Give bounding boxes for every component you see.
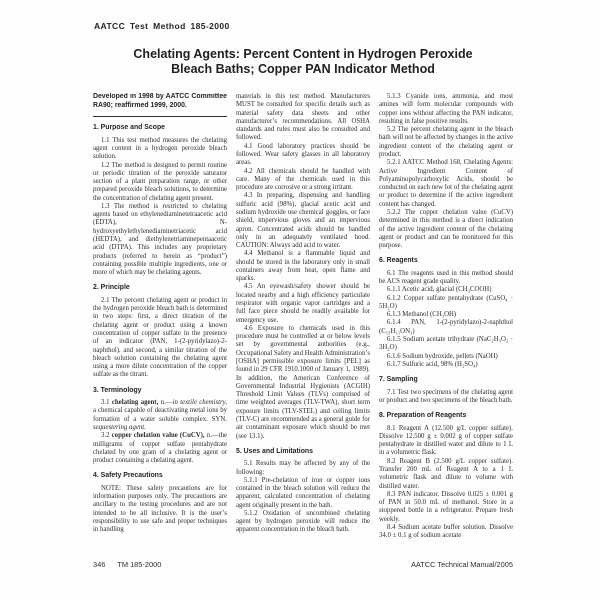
document-page: AATCC Test Method 185-2000 Chelating Age… <box>0 0 600 600</box>
paragraph: 1.3 The method is restricted to chelatin… <box>93 203 227 278</box>
paragraph: 6.1 The reagents used in this method sho… <box>379 270 513 287</box>
paragraph: 5.1 Results may be affected by any of th… <box>236 460 370 477</box>
paragraph: 3.1 chelating agent, n.—in textile chemi… <box>93 399 227 432</box>
footer-left: 346 TM 185-2000 <box>93 560 161 569</box>
section-heading: 3. Terminology <box>93 387 227 395</box>
paragraph: 4.2 All chemicals should be handled with… <box>236 168 370 193</box>
paragraph: 5.1.3 Cyanide ions, ammonia, and most am… <box>379 93 513 126</box>
paragraph: 5.1.2 Oxidation of uncombined chelating … <box>236 510 370 535</box>
paragraph: 6.1.2 Copper sulfate pentahydrate (CuSO₄… <box>379 295 513 312</box>
paragraph: 2.1 The percent chelating agent or produ… <box>93 297 227 380</box>
paragraph: 4.6 Exposure to chemicals used in this p… <box>236 325 370 441</box>
paragraph: 4.3 In preparing, dispensing and handlin… <box>236 192 370 250</box>
paragraph: 4.5 An eyewash/safety shower should be l… <box>236 283 370 324</box>
paragraph: 6.1.6 Sodium hydroxide, pellets (NaOH) <box>379 353 513 361</box>
paragraph: 3.2 copper chelation value (CuCV), n.—th… <box>93 432 227 465</box>
section-heading: 5. Uses and Limitations <box>236 448 370 456</box>
column-right: 5.1.3 Cyanide ions, ammonia, and most am… <box>379 93 513 559</box>
paragraph: 8.4 Sodium acetate buffer solution. Diss… <box>379 524 513 541</box>
section-heading: 2. Principle <box>93 284 227 292</box>
method-label: AATCC Test Method 185-2000 <box>94 21 230 31</box>
column-left: Developed in 1998 by AATCC Committee RA9… <box>93 93 227 559</box>
paragraph: materials in this test method. Manufactu… <box>236 93 370 143</box>
section-heading: 4. Safety Precautions <box>93 472 227 480</box>
section-heading: 1. Purpose and Scope <box>93 124 227 132</box>
page-footer: 346 TM 185-2000 AATCC Technical Manual/2… <box>93 560 513 569</box>
paragraph: 8.1 Reagent A (12.500 g/L copper sulfate… <box>379 425 513 458</box>
document-title-text: Chelating Agents: Percent Content in Hyd… <box>117 47 489 78</box>
paragraph: 6.1.4 PAN, 1-(2-pyridylazo)-2-naphthol (… <box>379 319 513 336</box>
paragraph: 4.1 Good laboratory practices should be … <box>236 143 370 168</box>
section-heading: 7. Sampling <box>379 376 513 384</box>
developed-by-note: Developed in 1998 by AATCC Committee RA9… <box>93 93 227 110</box>
horizontal-rule <box>93 116 227 117</box>
paragraph: 6.1.1 Acetic acid, glacial (CH₃COOH) <box>379 286 513 294</box>
paragraph: 5.2.2 The copper chelation value (CuCV) … <box>379 209 513 250</box>
paragraph: 1.1 This test method measures the chelat… <box>93 137 227 162</box>
text-columns: Developed in 1998 by AATCC Committee RA9… <box>93 93 513 559</box>
paragraph: 5.2.1 AATCC Method 168, Chelating Agents… <box>379 159 513 209</box>
paragraph: 1.2 The method is designed to permit rou… <box>93 162 227 203</box>
section-heading: 6. Reagents <box>379 257 513 265</box>
paragraph: 8.2 Reagent B (2.500 g/L copper sulfate)… <box>379 458 513 491</box>
paragraph: 6.1.7 Sulfuric acid, 98% (H₂SO₄) <box>379 361 513 369</box>
page-number: 346 <box>93 560 105 569</box>
manual-edition: AATCC Technical Manual/2005 <box>411 560 513 569</box>
column-middle-items: materials in this test method. Manufactu… <box>236 93 370 535</box>
column-middle: materials in this test method. Manufactu… <box>236 93 370 559</box>
section-heading: 8. Preparation of Reagents <box>379 412 513 420</box>
column-right-items: 5.1.3 Cyanide ions, ammonia, and most am… <box>379 93 513 540</box>
paragraph: 4.4 Methanol is a flammable liquid and s… <box>236 250 370 283</box>
method-code: TM 185-2000 <box>117 560 161 569</box>
paragraph: 6.1.3 Methanol (CH₃OH) <box>379 311 513 319</box>
paragraph: 8.3 PAN indicator. Dissolve 0.025 ± 0.00… <box>379 491 513 524</box>
column-left-items: 1. Purpose and Scope1.1 This test method… <box>93 124 227 534</box>
paragraph: NOTE: These safety precautions are for i… <box>93 485 227 535</box>
paragraph: 6.1.5 Sodium acetate trihydrate (NaC₂H₃O… <box>379 336 513 353</box>
paragraph: 7.1 Test two specimens of the chelating … <box>379 389 513 406</box>
paragraph: 5.2 The percent chelating agent in the b… <box>379 126 513 159</box>
document-title: Chelating Agents: Percent Content in Hyd… <box>93 47 513 78</box>
paragraph: 5.1.1 Pre-chelation of iron or copper io… <box>236 477 370 510</box>
